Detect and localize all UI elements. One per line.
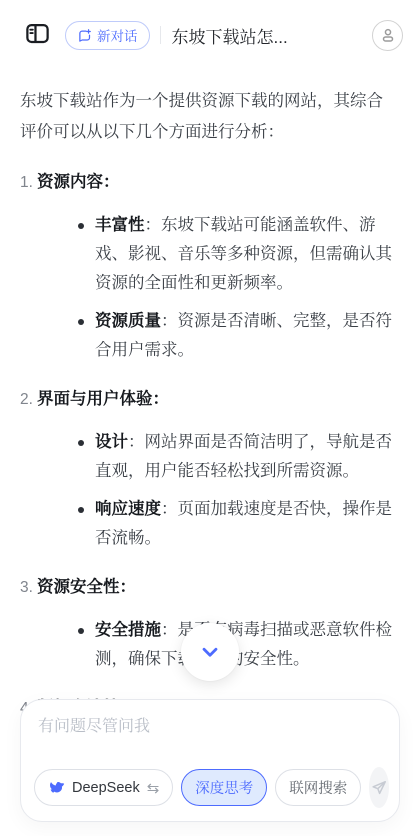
bullet-term: 响应速度 bbox=[95, 500, 161, 518]
model-selector-button[interactable]: DeepSeek ⇆ bbox=[34, 769, 173, 806]
section-heading: 3. 资源安全性： bbox=[20, 572, 399, 603]
chat-bubble-plus-icon bbox=[77, 28, 92, 43]
new-chat-label: 新对话 bbox=[97, 25, 138, 45]
bullet-term: 安全措施 bbox=[95, 621, 161, 639]
section-heading: 2. 界面与用户体验： bbox=[20, 384, 399, 415]
section-number: 3. bbox=[20, 572, 35, 603]
deep-think-toggle[interactable]: 深度思考 bbox=[181, 769, 267, 806]
section-heading: 1. 资源内容： bbox=[20, 167, 399, 198]
message-input[interactable] bbox=[27, 706, 393, 758]
deepseek-mobile-app: 新对话 东坡下载站怎... 东坡下载站作为一个提供资源下载的网站，其综合评价可以… bbox=[0, 0, 419, 836]
list-item: 丰富性：东坡下载站可能涵盖软件、游戏、影视、音乐等多种资源，但需确认其资源的全面… bbox=[76, 211, 399, 298]
model-swap-icon: ⇆ bbox=[147, 779, 160, 797]
person-icon bbox=[379, 26, 397, 44]
panel-left-icon bbox=[24, 20, 51, 50]
web-search-label: 联网搜索 bbox=[289, 777, 347, 798]
section-title: 资源内容： bbox=[37, 167, 120, 198]
bullet-term: 设计 bbox=[95, 433, 128, 451]
composer-toolbar: DeepSeek ⇆ 深度思考 联网搜索 bbox=[34, 767, 386, 808]
scroll-to-bottom-button[interactable] bbox=[181, 623, 239, 681]
sidebar-toggle-button[interactable] bbox=[22, 20, 52, 50]
message-intro: 东坡下载站作为一个提供资源下载的网站，其综合评价可以从以下几个方面进行分析： bbox=[20, 86, 399, 148]
chat-title: 东坡下载站怎... bbox=[172, 23, 373, 48]
profile-button[interactable] bbox=[372, 20, 403, 51]
section-number: 2. bbox=[20, 384, 35, 415]
section-number: 1. bbox=[20, 167, 35, 198]
new-chat-button[interactable]: 新对话 bbox=[65, 21, 150, 50]
message-composer: DeepSeek ⇆ 深度思考 联网搜索 bbox=[20, 699, 400, 822]
list-item: 资源质量：资源是否清晰、完整，是否符合用户需求。 bbox=[76, 307, 399, 365]
header-divider bbox=[160, 26, 161, 44]
send-button[interactable] bbox=[369, 767, 389, 808]
model-label: DeepSeek bbox=[72, 780, 140, 796]
chevron-down-icon bbox=[197, 639, 223, 665]
bullet-term: 资源质量 bbox=[95, 312, 161, 330]
top-bar: 新对话 东坡下载站怎... bbox=[0, 0, 419, 70]
deep-think-label: 深度思考 bbox=[195, 777, 253, 798]
section-title: 界面与用户体验： bbox=[37, 384, 169, 415]
bullet-text: ：网站界面是否简洁明了，导航是否直观，用户能否轻松找到所需资源。 bbox=[95, 433, 392, 480]
paper-plane-icon bbox=[369, 778, 389, 798]
bullet-list: 丰富性：东坡下载站可能涵盖软件、游戏、影视、音乐等多种资源，但需确认其资源的全面… bbox=[76, 211, 399, 365]
web-search-toggle[interactable]: 联网搜索 bbox=[275, 769, 361, 806]
section-title: 资源安全性： bbox=[37, 572, 136, 603]
deepseek-whale-icon bbox=[48, 779, 66, 797]
list-item: 响应速度：页面加载速度是否快，操作是否流畅。 bbox=[76, 495, 399, 553]
bullet-list: 设计：网站界面是否简洁明了，导航是否直观，用户能否轻松找到所需资源。 响应速度：… bbox=[76, 428, 399, 553]
bullet-term: 丰富性 bbox=[95, 216, 145, 234]
list-item: 设计：网站界面是否简洁明了，导航是否直观，用户能否轻松找到所需资源。 bbox=[76, 428, 399, 486]
